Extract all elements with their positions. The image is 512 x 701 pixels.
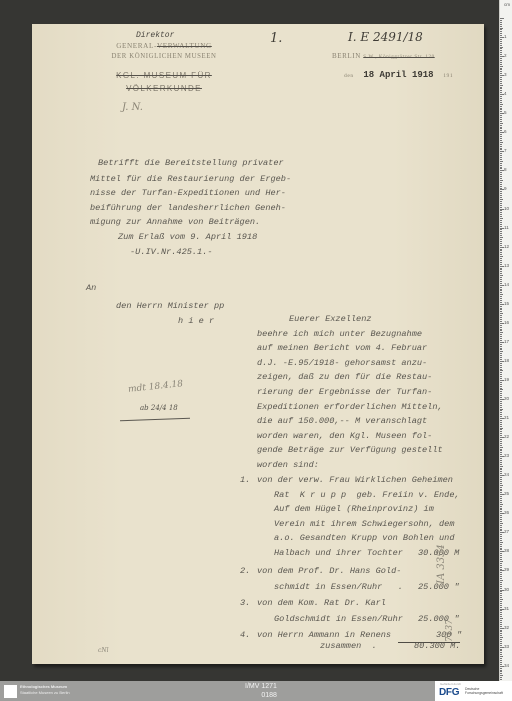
journal-number-label: J. N. [122, 102, 143, 113]
ruler-tick [500, 327, 502, 328]
file-reference: I. E 2491/18 [348, 30, 423, 44]
ruler-tick [500, 319, 502, 320]
ruler-tick [500, 43, 502, 44]
ruler-tick [500, 128, 502, 129]
ruler-mark: 31 [504, 606, 509, 611]
ruler-tick [500, 414, 502, 415]
ruler-mark: 25 [504, 491, 509, 496]
ruler-tick [500, 576, 502, 577]
ruler-tick [500, 374, 502, 375]
ruler-tick [500, 349, 502, 350]
ruler-tick [500, 395, 502, 396]
ruler-tick [500, 650, 502, 651]
ruler-tick [500, 115, 502, 116]
body-line: worden waren, den Kgl. Museen fol- [257, 429, 432, 444]
ruler-mark: 2 [504, 53, 507, 58]
ruler-mark: 9 [504, 186, 507, 191]
ruler-tick [500, 618, 503, 619]
ruler-tick [500, 58, 502, 59]
body-line: auf meinen Bericht vom 4. Februar [257, 341, 427, 356]
ruler-tick [500, 273, 502, 274]
ruler-tick [500, 90, 502, 91]
ruler-tick [500, 433, 502, 434]
ruler-mark: 32 [504, 625, 509, 630]
ruler-tick [500, 405, 502, 406]
ruler-tick [500, 656, 503, 657]
ruler-tick [500, 549, 502, 550]
ruler-tick [500, 660, 502, 661]
ruler-tick [500, 334, 502, 335]
ruler-tick [500, 321, 502, 322]
ruler-tick [500, 287, 502, 288]
ruler-mark: 19 [504, 377, 509, 382]
subject-line: migung zur Annahme von Beiträgen. [90, 215, 260, 230]
ruler-tick [500, 153, 502, 154]
ruler-tick [500, 565, 502, 566]
contribution-number: 2. [240, 564, 250, 579]
body-line: gende Beträge zur Verfügung gestellt [257, 443, 443, 458]
ruler-tick [500, 20, 502, 21]
ruler-tick [500, 104, 503, 105]
ruler-tick [500, 580, 503, 581]
ruler-tick [500, 588, 502, 589]
letter-date: den 18 April 1918 191 [344, 64, 453, 82]
ruler-tick [500, 123, 503, 124]
contribution-line: a.o. Gesandten Krupp von Bohlen und [274, 531, 455, 546]
ruler-tick [500, 449, 502, 450]
ruler-tick [500, 527, 502, 528]
ruler-tick [500, 62, 502, 63]
ruler-tick [500, 210, 502, 211]
institution-sub: Staatliche Museen zu Berlin [20, 690, 70, 696]
ruler-tick [500, 239, 502, 240]
contribution-line: Verein mit ihrem Schwiegersohn, dem [274, 517, 455, 532]
ruler-tick [500, 346, 502, 347]
ruler-tick [500, 205, 502, 206]
ruler-tick [500, 443, 502, 444]
ruler-tick [500, 620, 502, 621]
ruler-tick [500, 389, 503, 390]
ruler-tick [500, 146, 502, 147]
ruler-tick [500, 664, 502, 665]
ruler-tick [500, 412, 502, 413]
ruler-tick [500, 559, 502, 560]
sponsor-label: Gefördert durch [440, 682, 461, 686]
ruler-tick [500, 243, 502, 244]
ruler-tick [500, 68, 502, 69]
ruler-mark: 8 [504, 167, 507, 172]
ruler-tick [500, 420, 502, 421]
ruler-tick [500, 447, 503, 448]
ruler-tick [500, 624, 502, 625]
ruler-tick [500, 492, 502, 493]
ruler-tick [500, 142, 503, 143]
ruler-tick [500, 159, 502, 160]
contribution-number: 4. [240, 628, 250, 643]
ruler-tick [500, 357, 502, 358]
ruler-tick [500, 275, 503, 276]
ruler-tick [500, 439, 502, 440]
ruler-tick [500, 363, 502, 364]
ruler-tick [500, 574, 502, 575]
ruler-tick [500, 509, 502, 510]
ruler-tick [500, 348, 502, 349]
ruler-tick [500, 397, 502, 398]
ruler-tick [500, 306, 502, 307]
ruler-tick [500, 108, 502, 109]
ruler-tick [500, 119, 502, 120]
bottom-folio-note: cNl [98, 647, 109, 654]
ruler-tick [500, 471, 502, 472]
ruler-tick [500, 71, 502, 72]
ruler-tick [500, 530, 502, 531]
ruler-tick [500, 515, 502, 516]
ruler-tick [500, 212, 502, 213]
ruler-tick [500, 591, 502, 592]
ruler-tick [500, 416, 502, 417]
ruler-tick [500, 134, 502, 135]
ruler-tick [500, 26, 502, 27]
ruler-mark: 6 [504, 129, 507, 134]
contribution-line: von der verw. Frau Wirklichen Geheimen [257, 473, 453, 488]
ruler-tick [500, 83, 502, 84]
ruler-mark: 30 [504, 587, 509, 592]
ruler-mark: 15 [504, 301, 509, 306]
ruler-tick [500, 458, 502, 459]
ruler-tick [500, 24, 502, 25]
ruler-tick [500, 277, 502, 278]
ruler-tick [500, 677, 502, 678]
ruler-tick [500, 351, 503, 352]
ruler-tick [500, 610, 502, 611]
ruler-tick [500, 52, 502, 53]
ruler-tick [500, 468, 502, 469]
contribution-line: Halbach und ihrer Tochter [274, 546, 403, 561]
ruler-tick [500, 311, 502, 312]
ruler-tick [500, 313, 503, 314]
ruler-tick [500, 393, 502, 394]
ruler-tick [500, 130, 502, 131]
ruler-mark: 12 [504, 244, 509, 249]
ruler-tick [500, 441, 502, 442]
ruler-tick [500, 136, 502, 137]
ruler-tick [500, 197, 502, 198]
ruler-tick [500, 479, 502, 480]
ruler-tick [500, 252, 502, 253]
ruler-tick [500, 281, 502, 282]
ruler-tick [500, 369, 502, 370]
letterhead-general: GENERAL- [116, 42, 157, 50]
ruler-tick [500, 391, 502, 392]
ruler-tick [500, 188, 502, 189]
ruler-tick [500, 168, 502, 169]
ruler-tick [500, 73, 502, 74]
ruler-tick [500, 652, 502, 653]
ruler-tick [500, 353, 502, 354]
ruler-tick [500, 207, 502, 208]
ruler-tick [500, 525, 502, 526]
ruler-tick [500, 622, 502, 623]
margin-note-number: 7137 [445, 619, 455, 642]
ruler-tick [500, 431, 502, 432]
ruler-mark: 34 [504, 663, 509, 668]
ruler-mark: 4 [504, 91, 507, 96]
ruler-tick [500, 279, 502, 280]
ruler-mark: 7 [504, 148, 507, 153]
ruler-mark: 16 [504, 320, 509, 325]
ruler-tick [500, 22, 502, 23]
ruler-tick [500, 630, 502, 631]
ruler-tick [500, 597, 502, 598]
ruler-tick [500, 330, 502, 331]
ruler-tick [500, 519, 502, 520]
ruler-tick [500, 66, 503, 67]
ruler-mark: 29 [504, 567, 509, 572]
address-location: h i e r [178, 314, 214, 329]
ruler-tick [500, 184, 502, 185]
ruler-tick [500, 302, 502, 303]
ruler-tick [500, 370, 503, 371]
total-label: zusammen . [320, 639, 377, 654]
ruler-tick [500, 100, 502, 101]
ruler-tick [500, 538, 502, 539]
ruler-tick [500, 498, 502, 499]
ruler-tick [500, 424, 502, 425]
city-name: BERLIN [332, 52, 361, 60]
ruler-tick [500, 490, 502, 491]
ruler-tick [500, 679, 502, 680]
ruler-tick [500, 593, 502, 594]
ruler-tick [500, 292, 502, 293]
ruler-tick [500, 18, 504, 19]
folio-number: 0188 [245, 691, 277, 700]
ruler-tick [500, 487, 502, 488]
ruler-tick [500, 454, 502, 455]
museum-logo-icon [4, 685, 17, 698]
ruler-tick [500, 376, 502, 377]
ruler-tick [500, 616, 502, 617]
ruler-tick [500, 407, 502, 408]
ruler-tick [500, 599, 503, 600]
dfg-logo-icon: DFG [439, 687, 459, 698]
ruler-tick [500, 256, 503, 257]
struck-museum-line-2: VÖLKERKUNDE [84, 84, 244, 93]
ruler-tick [500, 464, 502, 465]
ruler-tick [500, 668, 502, 669]
ruler-tick [500, 186, 502, 187]
ruler-tick [500, 283, 502, 284]
contribution-number: 3. [240, 596, 250, 611]
ruler-tick [500, 229, 502, 230]
ruler-tick [500, 586, 502, 587]
ruler-tick [500, 33, 502, 34]
ruler-tick [500, 289, 502, 290]
ruler-tick [500, 428, 503, 429]
ruler-tick [500, 294, 503, 295]
ruler-tick [500, 500, 502, 501]
ruler-mark: 10 [504, 206, 509, 211]
ruler-tick [500, 308, 502, 309]
contribution-line: von dem Prof. Dr. Hans Gold- [257, 564, 401, 579]
page-number: 1. [270, 31, 282, 46]
ruler-tick [500, 517, 502, 518]
ruler-tick [500, 403, 502, 404]
ruler-tick [500, 199, 503, 200]
dfg-sponsor-logo: Gefördert durch DFG Deutsche Forschungsg… [435, 681, 512, 701]
ruler-tick [500, 125, 502, 126]
contribution-number: 1. [240, 473, 250, 488]
ruler-tick [500, 109, 502, 110]
ruler-tick [500, 241, 502, 242]
ruler-tick [500, 298, 502, 299]
sponsor-name: Deutsche Forschungsgemeinschaft [465, 687, 503, 696]
ruler-tick [500, 401, 502, 402]
ruler-tick [500, 649, 502, 650]
ruler-tick [500, 435, 502, 436]
ruler-tick [500, 584, 502, 585]
ruler-tick [500, 77, 502, 78]
ruler-tick [500, 214, 502, 215]
ruler-tick [500, 262, 502, 263]
ruler-tick [500, 329, 502, 330]
ruler-tick [500, 658, 502, 659]
contribution-line: Goldschmidt in Essen/Ruhr [274, 612, 403, 627]
ruler-tick [500, 161, 503, 162]
ruler-tick [500, 626, 502, 627]
ruler-tick [500, 300, 502, 301]
ruler-tick [500, 216, 502, 217]
ruler-tick [500, 643, 502, 644]
ruler-tick [500, 29, 502, 30]
ruler-tick [500, 595, 502, 596]
ruler-tick [500, 481, 502, 482]
ruler-tick [500, 296, 502, 297]
ruler-tick [500, 540, 502, 541]
ruler-tick [500, 563, 502, 564]
ruler-tick [500, 445, 502, 446]
ruler-tick [500, 178, 502, 179]
ruler-tick [500, 460, 502, 461]
ruler-tick [500, 534, 502, 535]
ruler-tick [500, 180, 503, 181]
ruler-mark: 20 [504, 396, 509, 401]
ruler-tick [500, 410, 502, 411]
ruler-tick [500, 378, 502, 379]
decree-line: Zum Erlaß vom 9. April 1918 [118, 230, 257, 245]
ruler-tick [500, 92, 502, 93]
struck-museum-line-1: KGL. MUSEUM FÜR [84, 71, 244, 80]
body-line: zeigen, daß zu den für die Restau- [257, 370, 432, 385]
ruler-unit: cm [504, 2, 510, 7]
ruler-tick [500, 612, 502, 613]
ruler-tick [500, 111, 502, 112]
ruler-tick [500, 260, 502, 261]
ruler-tick [500, 582, 502, 583]
ruler-tick [500, 450, 502, 451]
city-address-struck: S.W., Königgrätzer Str. 120 [363, 55, 434, 60]
ruler-mark: 21 [504, 415, 509, 420]
ruler-tick [500, 28, 503, 29]
ruler-tick [500, 174, 502, 175]
ruler-tick [500, 195, 502, 196]
ruler-mark: 28 [504, 548, 509, 553]
ruler-tick [500, 639, 502, 640]
ruler-tick [500, 508, 502, 509]
ruler-tick [500, 384, 502, 385]
ruler-tick [500, 637, 503, 638]
ruler-tick [500, 555, 502, 556]
ruler-tick [500, 546, 502, 547]
ruler-tick [500, 117, 502, 118]
ruler-tick [500, 88, 502, 89]
ruler-tick [500, 149, 502, 150]
body-line: die auf 150.000,-- M veranschlagt [257, 414, 427, 429]
ruler-tick [500, 332, 503, 333]
signature-code: I/MV 1271 [245, 682, 277, 691]
ruler-tick [500, 148, 502, 149]
ruler-tick [500, 572, 502, 573]
ruler-tick [500, 102, 502, 103]
ruler-tick [500, 607, 502, 608]
ruler-tick [500, 671, 502, 672]
ruler-tick [500, 521, 502, 522]
ruler-tick [500, 317, 502, 318]
ruler-tick [500, 224, 502, 225]
body-line: worden sind: [257, 458, 319, 473]
ruler-mark: 22 [504, 434, 509, 439]
letterhead-city: BERLIN S.W., Königgrätzer Str. 120 [332, 52, 435, 60]
ruler-tick [500, 536, 502, 537]
ruler-mark: 11 [504, 225, 509, 230]
contribution-line: von dem Kom. Rat Dr. Karl [257, 596, 386, 611]
ruler-mark: 3 [504, 72, 507, 77]
ruler-tick [500, 578, 502, 579]
ruler-tick [500, 502, 502, 503]
ruler-tick [500, 673, 502, 674]
salutation: Euerer Exzellenz [289, 312, 372, 327]
ruler-tick [500, 254, 502, 255]
ruler-tick [500, 222, 502, 223]
ruler-tick [500, 163, 502, 164]
ruler-tick [500, 542, 503, 543]
ruler-tick [500, 309, 502, 310]
ruler-tick [500, 35, 502, 36]
ruler-tick [500, 193, 502, 194]
ruler-tick [500, 249, 502, 250]
archive-footer: Ethnologisches Museum Staatliche Museen … [0, 681, 512, 701]
ruler-tick [500, 235, 502, 236]
ruler-tick [500, 504, 503, 505]
ruler-tick [500, 614, 502, 615]
ruler-tick [500, 47, 503, 48]
ruler-tick [500, 64, 502, 65]
ruler-tick [500, 60, 502, 61]
pencil-note-ab: ab 24/4 18 [140, 404, 178, 412]
ruler-tick [500, 483, 502, 484]
ruler-tick [500, 268, 502, 269]
ruler-tick [500, 237, 503, 238]
date-prefix: den [344, 73, 354, 79]
ruler-tick [500, 81, 502, 82]
contribution-line: Rat K r u p p geb. Freiin v. Ende, [274, 488, 460, 503]
ruler-tick [500, 79, 502, 80]
contribution-line: schmidt in Essen/Ruhr . [274, 580, 403, 595]
ruler-tick [500, 203, 502, 204]
ruler-tick [500, 567, 502, 568]
ruler-tick [500, 496, 502, 497]
ruler-tick [500, 645, 502, 646]
ruler-tick [500, 96, 502, 97]
